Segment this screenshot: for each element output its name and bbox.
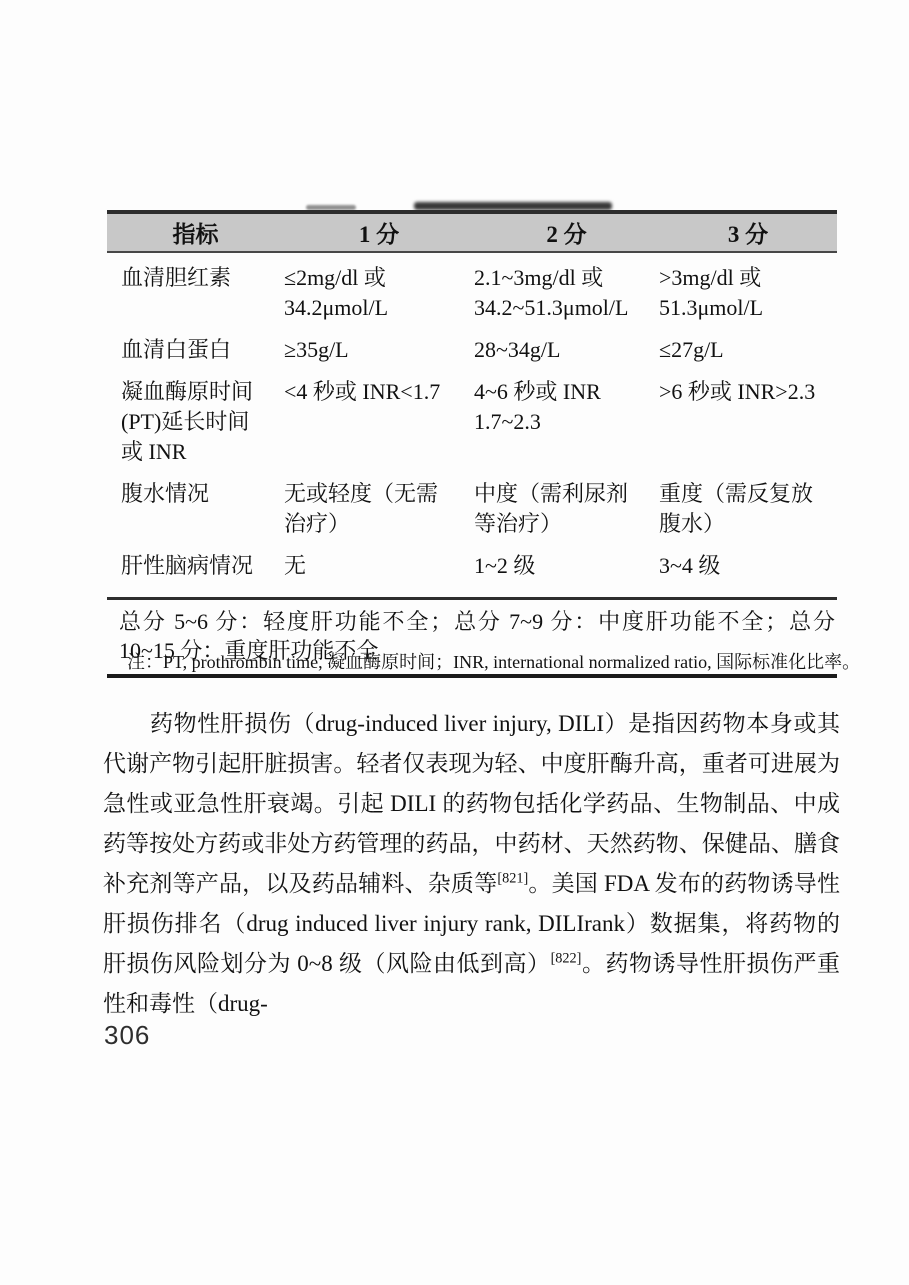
page-number: 306 <box>104 1020 150 1051</box>
score-1-cell: 无或轻度（无需 治疗） <box>284 479 474 539</box>
header-score-1: 1 分 <box>284 216 474 249</box>
table-header-row: 指标 1 分 2 分 3 分 <box>107 210 837 253</box>
citation-ref-821: [821] <box>497 870 528 886</box>
score-1-cell: ≤2mg/dl 或 34.2μmol/L <box>284 263 474 323</box>
score-3-cell: ≤27g/L <box>659 335 837 365</box>
indicator-cell: 血清白蛋白 <box>107 335 284 365</box>
table-row: 血清胆红素 ≤2mg/dl 或 34.2μmol/L 2.1~3mg/dl 或 … <box>107 263 837 323</box>
score-1-cell: <4 秒或 INR<1.7 <box>284 377 474 467</box>
score-2-cell: 2.1~3mg/dl 或 34.2~51.3μmol/L <box>474 263 659 323</box>
indicator-cell: 肝性脑病情况 <box>107 551 284 581</box>
score-2-cell: 28~34g/L <box>474 335 659 365</box>
table-row: 腹水情况 无或轻度（无需 治疗） 中度（需利尿剂 等治疗） 重度（需反复放 腹水… <box>107 479 837 539</box>
score-2-cell: 4~6 秒或 INR 1.7~2.3 <box>474 377 659 467</box>
table-row: 肝性脑病情况 无 1~2 级 3~4 级 <box>107 551 837 581</box>
indicator-cell: 血清胆红素 <box>107 263 284 323</box>
header-score-2: 2 分 <box>474 216 659 249</box>
table-body: 血清胆红素 ≤2mg/dl 或 34.2μmol/L 2.1~3mg/dl 或 … <box>107 253 837 589</box>
dili-paragraph: 药物性肝损伤（drug-induced liver injury, DILI）是… <box>103 704 840 1024</box>
table-footnote: 注：PT, prothrombin time, 凝血酶原时间；INR, inte… <box>127 648 860 674</box>
header-indicator: 指标 <box>107 216 284 249</box>
score-1-cell: ≥35g/L <box>284 335 474 365</box>
table-row: 血清白蛋白 ≥35g/L 28~34g/L ≤27g/L <box>107 335 837 365</box>
paragraph-text: 药物性肝损伤（drug-induced liver injury, DILI）是… <box>103 711 840 896</box>
score-2-cell: 1~2 级 <box>474 551 659 581</box>
scan-artifact-smudge <box>414 202 612 210</box>
indicator-cell: 凝血酶原时间 (PT)延长时间 或 INR <box>107 377 284 467</box>
score-3-cell: >6 秒或 INR>2.3 <box>659 377 837 467</box>
liver-function-score-table: 指标 1 分 2 分 3 分 血清胆红素 ≤2mg/dl 或 34.2μmol/… <box>107 210 837 678</box>
score-3-cell: 重度（需反复放 腹水） <box>659 479 837 539</box>
score-3-cell: 3~4 级 <box>659 551 837 581</box>
citation-ref-822: [822] <box>551 950 582 966</box>
score-1-cell: 无 <box>284 551 474 581</box>
score-3-cell: >3mg/dl 或 51.3μmol/L <box>659 263 837 323</box>
table-row: 凝血酶原时间 (PT)延长时间 或 INR <4 秒或 INR<1.7 4~6 … <box>107 377 837 467</box>
indicator-cell: 腹水情况 <box>107 479 284 539</box>
header-score-3: 3 分 <box>659 216 837 249</box>
score-2-cell: 中度（需利尿剂 等治疗） <box>474 479 659 539</box>
